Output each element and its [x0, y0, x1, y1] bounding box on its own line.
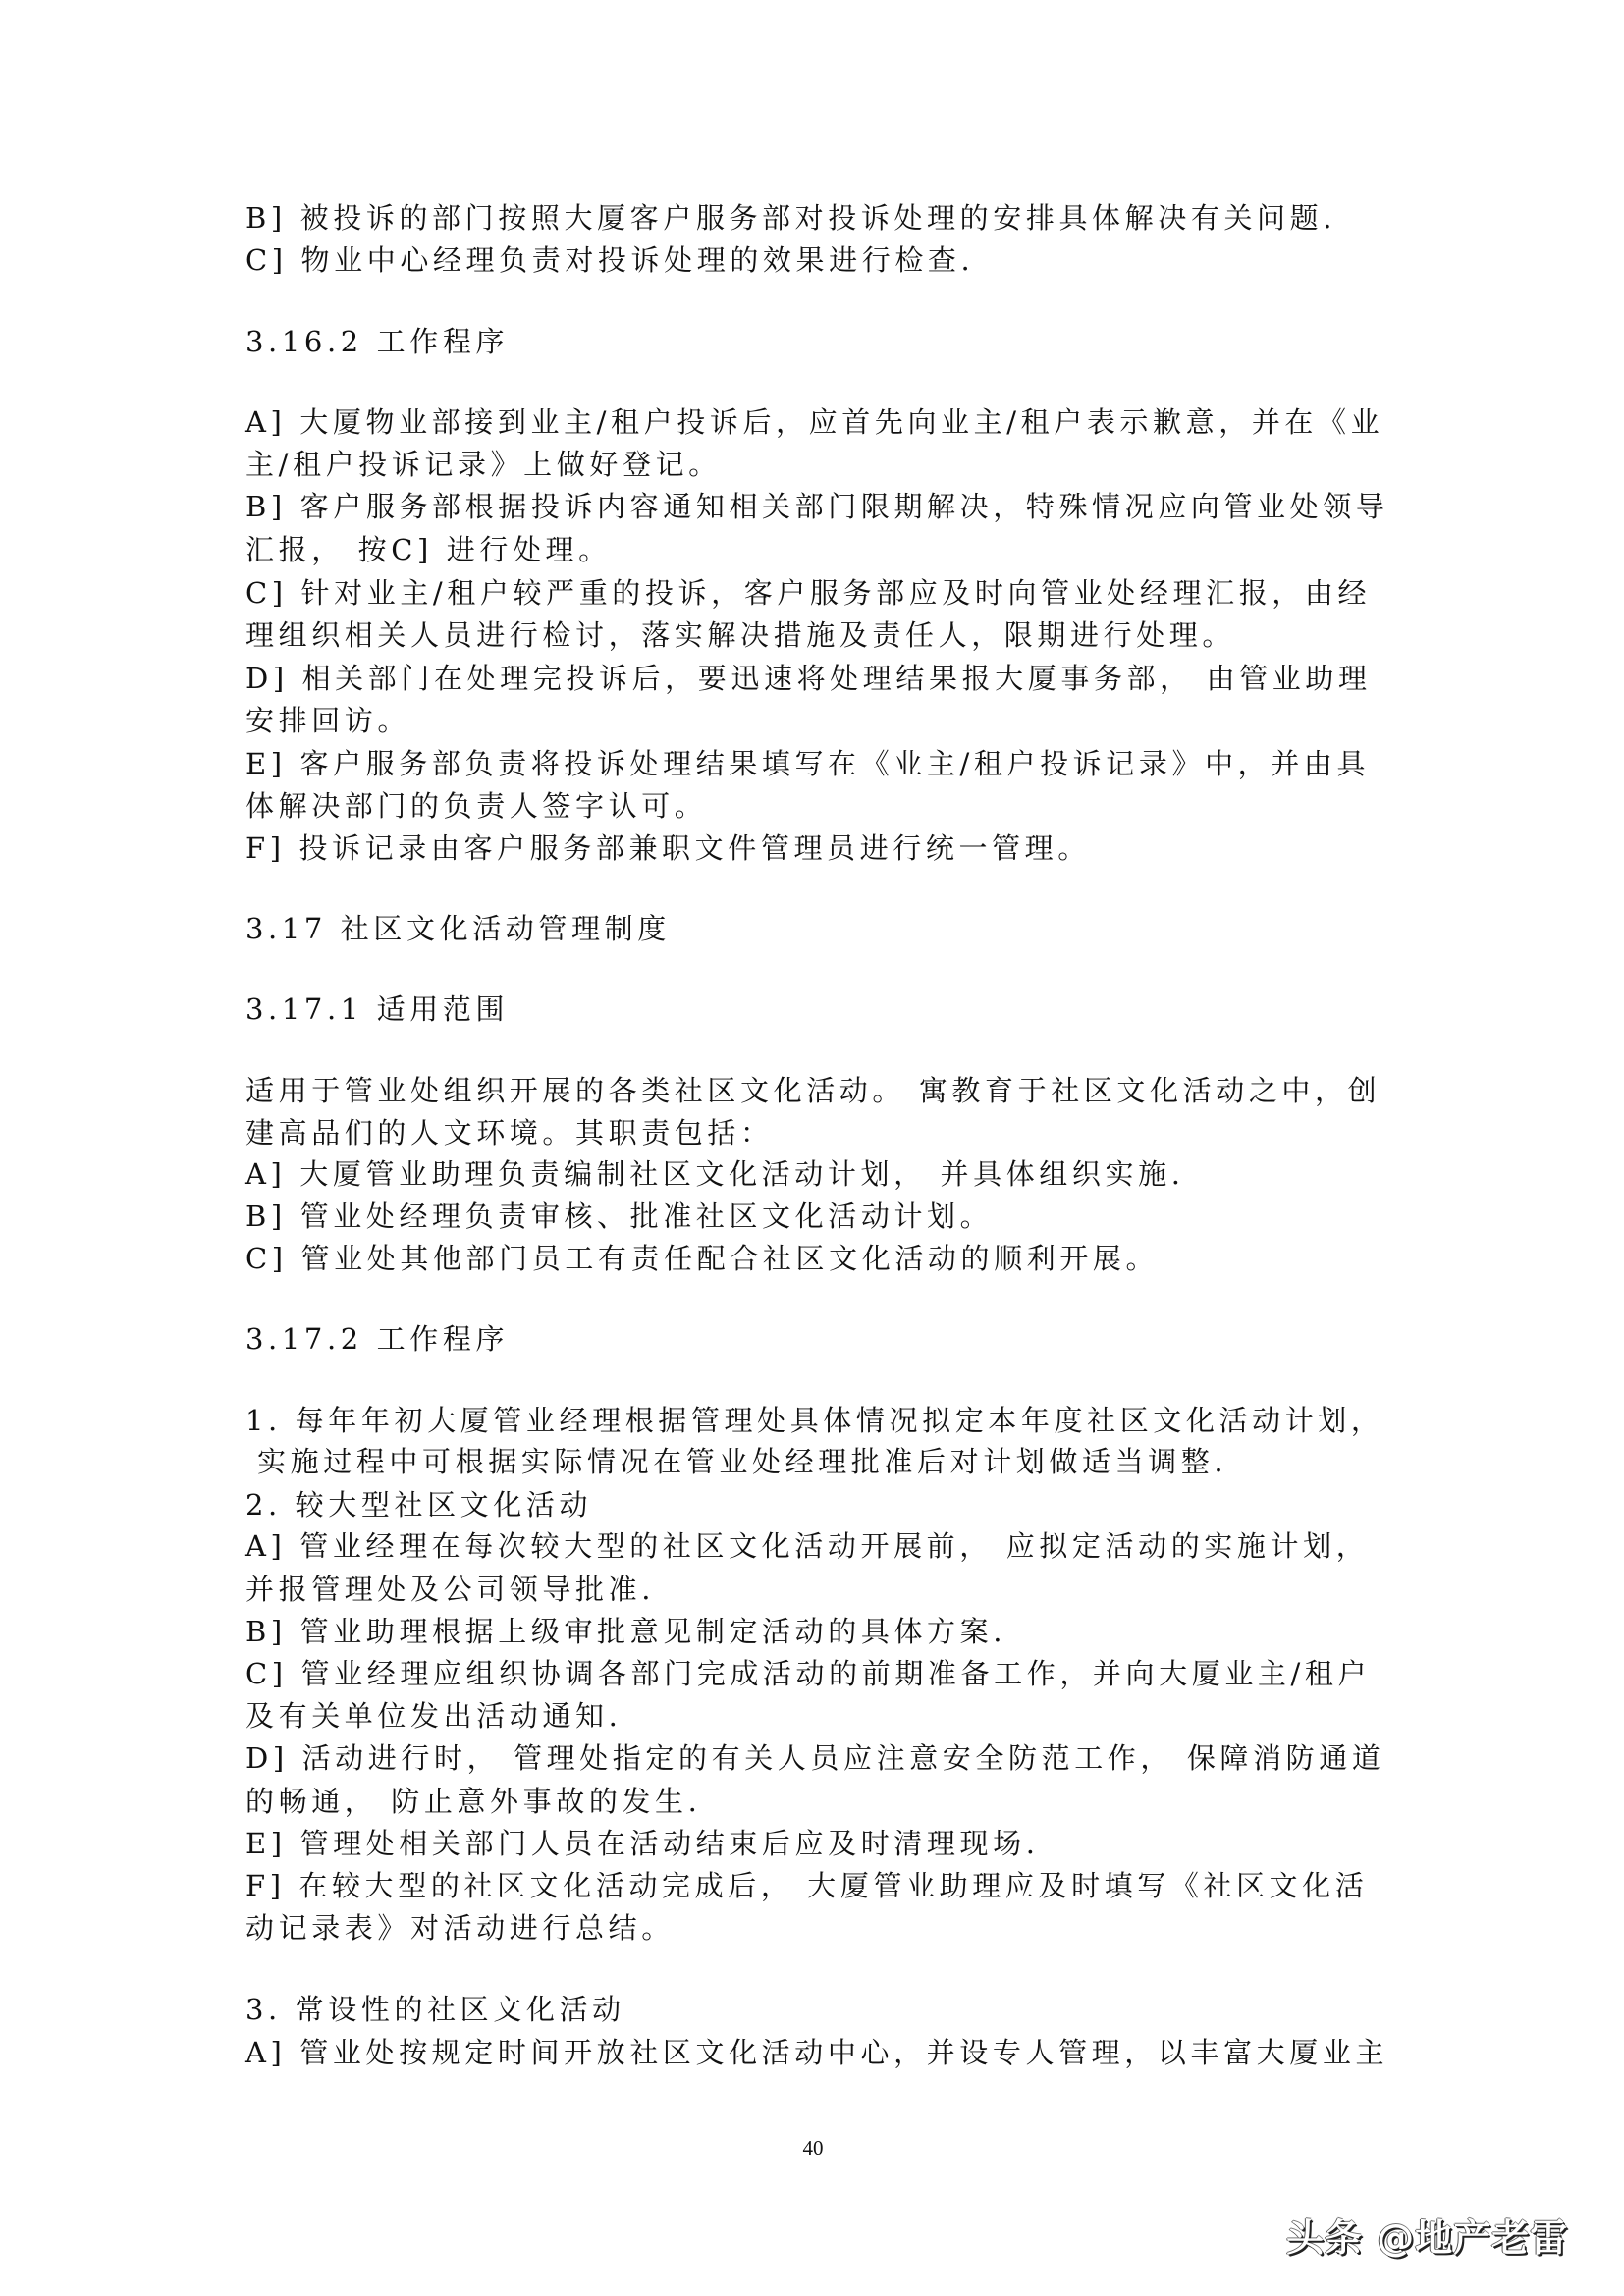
text-line: 主/租户投诉记录》上做好登记。 — [245, 443, 1394, 486]
text-line: 3.17.2 工作程序 — [245, 1317, 1394, 1361]
text-line: 3.17.1 适用范围 — [245, 988, 1394, 1031]
text-line: B] 管业处经理负责审核、批准社区文化活动计划。 — [245, 1195, 1394, 1238]
text-line: B] 被投诉的部门按照大厦客户服务部对投诉处理的安排具体解决有关问题. — [245, 196, 1394, 240]
text-line: B] 客户服务部根据投诉内容通知相关部门限期解决，特殊情况应向管业处领导 — [245, 485, 1394, 528]
text-line: 动记录表》对活动进行总结。 — [245, 1906, 1394, 1949]
text-line: C] 针对业主/租户较严重的投诉，客户服务部应及时向管业处经理汇报，由经 — [245, 571, 1394, 614]
text-line: 理组织相关人员进行检讨，落实解决措施及责任人，限期进行处理。 — [245, 614, 1394, 657]
text-line: E] 客户服务部负责将投诉处理结果填写在《业主/租户投诉记录》中，并由具 — [245, 742, 1394, 785]
text-line: B] 管业助理根据上级审批意见制定活动的具体方案. — [245, 1610, 1394, 1653]
text-line: 汇报， 按C] 进行处理。 — [245, 528, 1394, 571]
text-line: 3.16.2 工作程序 — [245, 320, 1394, 363]
text-line: 1. 每年年初大厦管业经理根据管理处具体情况拟定本年度社区文化活动计划， — [245, 1399, 1394, 1442]
text-line: 体解决部门的负责人签字认可。 — [245, 784, 1394, 828]
text-line: 的畅通， 防止意外事故的发生. — [245, 1780, 1394, 1823]
text-line: C] 物业中心经理负责对投诉处理的效果进行检查. — [245, 239, 1394, 282]
text-line: 及有关单位发出活动通知. — [245, 1694, 1394, 1737]
text-line: 实施过程中可根据实际情况在管业处经理批准后对计划做适当调整. — [257, 1440, 1406, 1483]
text-line: A] 大厦管业助理负责编制社区文化活动计划， 并具体组织实施. — [245, 1152, 1394, 1196]
text-line: 并报管理处及公司领导批准. — [245, 1568, 1394, 1611]
text-line: F] 投诉记录由客户服务部兼职文件管理员进行统一管理。 — [245, 827, 1394, 870]
text-line: E] 管理处相关部门人员在活动结束后应及时清理现场. — [245, 1822, 1394, 1865]
text-line: A] 管业处按规定时间开放社区文化活动中心，并设专人管理，以丰富大厦业主 — [245, 2031, 1394, 2074]
text-line: 建高品们的人文环境。其职责包括： — [245, 1111, 1394, 1154]
text-line: D] 相关部门在处理完投诉后，要迅速将处理结果报大厦事务部， 由管业助理 — [245, 657, 1394, 700]
text-line: 3.17 社区文化活动管理制度 — [245, 907, 1394, 950]
text-line: 3. 常设性的社区文化活动 — [245, 1988, 1394, 2031]
text-line: D] 活动进行时， 管理处指定的有关人员应注意安全防范工作， 保障消防通道 — [245, 1736, 1394, 1780]
text-line: 2. 较大型社区文化活动 — [245, 1483, 1394, 1526]
text-line: F] 在较大型的社区文化活动完成后， 大厦管业助理应及时填写《社区文化活 — [245, 1864, 1394, 1907]
text-line: A] 管业经理在每次较大型的社区文化活动开展前， 应拟定活动的实施计划， — [245, 1524, 1394, 1568]
document-page: B] 被投诉的部门按照大厦客户服务部对投诉处理的安排具体解决有关问题.C] 物业… — [0, 0, 1624, 2296]
page-number: 40 — [785, 2136, 840, 2160]
text-line: C] 管业经理应组织协调各部门完成活动的前期准备工作，并向大厦业主/租户 — [245, 1652, 1394, 1695]
text-line: C] 管业处其他部门员工有责任配合社区文化活动的顺利开展。 — [245, 1237, 1394, 1280]
text-line: 适用于管业处组织开展的各类社区文化活动。 寓教育于社区文化活动之中，创 — [245, 1069, 1394, 1112]
text-line: 安排回访。 — [245, 699, 1394, 742]
text-line: A] 大厦物业部接到业主/租户投诉后，应首先向业主/租户表示歉意，并在《业 — [245, 400, 1394, 444]
watermark: 头条 @地产老雷 — [1286, 2215, 1568, 2262]
